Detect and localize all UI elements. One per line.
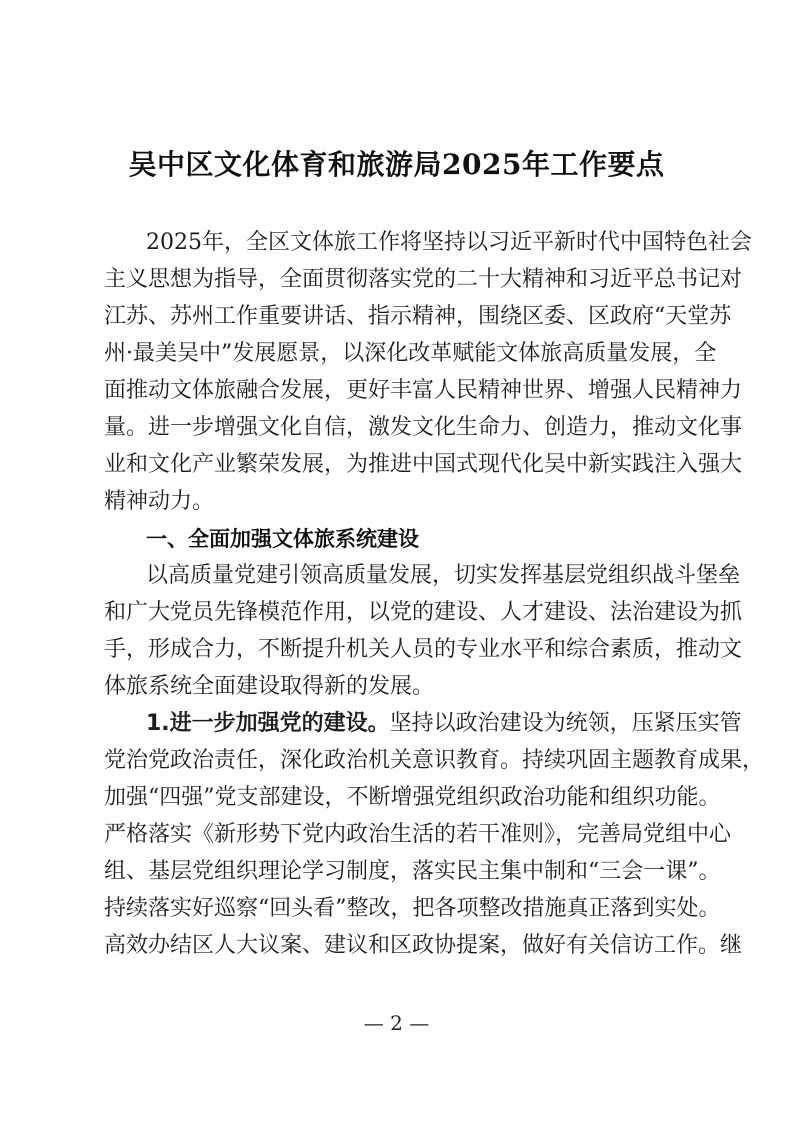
intro-line: 州·最美吴中”发展愿景，以深化改革赋能文体旅高质量发展，全 bbox=[104, 341, 694, 367]
item-line: 加强“四强”党支部建设，不断增强党组织政治功能和组织功能。 bbox=[104, 785, 694, 811]
document-page: 吴中区文化体育和旅游局2025年工作要点 2025年，全区文体旅工作将坚持以习近… bbox=[0, 0, 793, 1122]
section-line: 和广大党员先锋模范作用，以党的建设、人才建设、法治建设为抓 bbox=[104, 600, 694, 626]
item-lead: 1.进一步加强党的建设。 bbox=[146, 711, 390, 736]
item-first-line: 1.进一步加强党的建设。坚持以政治建设为统领，压紧压实管 bbox=[146, 711, 694, 737]
intro-line: 主义思想为指导，全面贯彻落实党的二十大精神和习近平总书记对 bbox=[104, 267, 694, 293]
section-line: 体旅系统全面建设取得新的发展。 bbox=[104, 674, 694, 700]
item-line: 持续落实好巡察“回头看”整改，把各项整改措施真正落到实处。 bbox=[104, 896, 694, 922]
item-first-line-rest: 坚持以政治建设为统领，压紧压实管 bbox=[390, 711, 742, 736]
document-title: 吴中区文化体育和旅游局2025年工作要点 bbox=[0, 143, 793, 183]
section-line: 以高质量党建引领高质量发展，切实发挥基层党组织战斗堡垒 bbox=[146, 563, 694, 589]
intro-line: 面推动文体旅融合发展，更好丰富人民精神世界、增强人民精神力 bbox=[104, 378, 694, 404]
section-line: 手，形成合力，不断提升机关人员的专业水平和综合素质，推动文 bbox=[104, 637, 694, 663]
section-heading: 一、全面加强文体旅系统建设 bbox=[146, 526, 419, 552]
intro-line: 量。进一步增强文化自信，激发文化生命力、创造力，推动文化事 bbox=[104, 415, 694, 441]
intro-line: 江苏、苏州工作重要讲话、指示精神，围绕区委、区政府“天堂苏 bbox=[104, 304, 694, 330]
item-line: 党治党政治责任，深化政治机关意识教育。持续巩固主题教育成果， bbox=[104, 748, 694, 774]
item-line: 组、基层党组织理论学习制度，落实民主集中制和“三会一课”。 bbox=[104, 859, 694, 885]
intro-line: 2025年，全区文体旅工作将坚持以习近平新时代中国特色社会 bbox=[146, 230, 694, 256]
page-number: — 2 — bbox=[0, 1011, 793, 1035]
intro-line: 业和文化产业繁荣发展，为推进中国式现代化吴中新实践注入强大 bbox=[104, 452, 694, 478]
item-line: 高效办结区人大议案、建议和区政协提案，做好有关信访工作。继 bbox=[104, 933, 694, 959]
item-line: 严格落实《新形势下党内政治生活的若干准则》，完善局党组中心 bbox=[104, 822, 694, 848]
intro-line: 精神动力。 bbox=[104, 489, 694, 515]
